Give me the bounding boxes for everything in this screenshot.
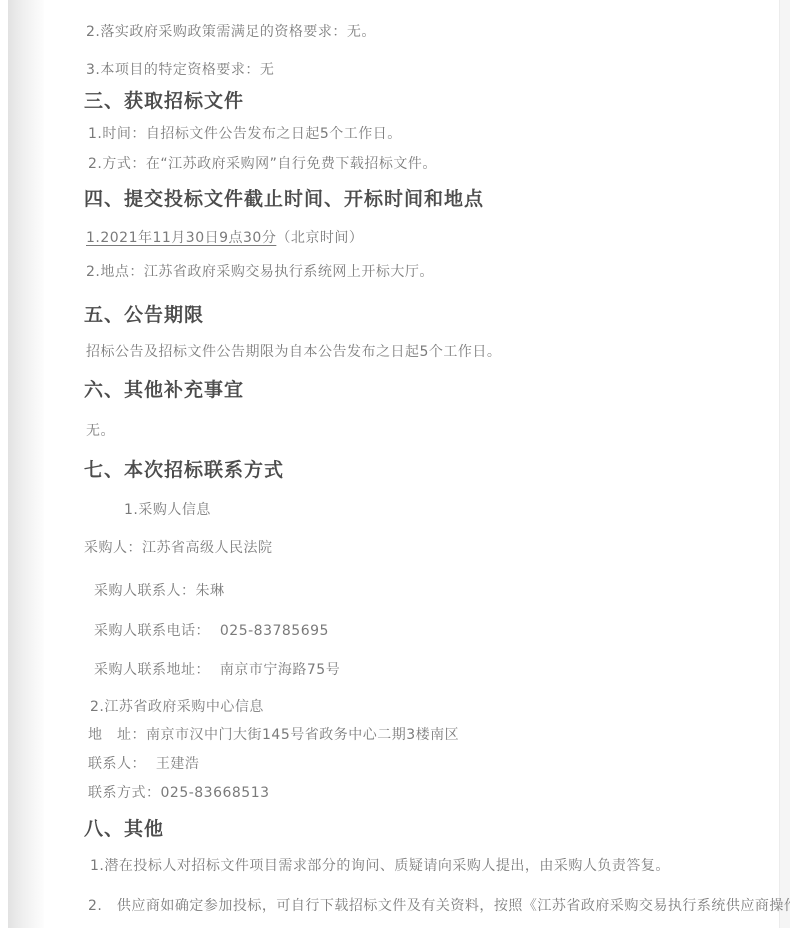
section-6-heading: 六、其他补充事宜	[84, 379, 244, 401]
center-address: 地 址：南京市汉中门大街145号省政务中心二期3楼南区	[88, 727, 459, 744]
obtain-method-item: 2.方式：在“江苏政府采购网”自行免费下载招标文件。	[88, 156, 437, 173]
procurement-center-subheading: 2.江苏省政府采购中心信息	[90, 699, 264, 716]
deadline-item: 1.2021年11月30日9点30分（北京时间）	[86, 230, 363, 247]
page-right-strip	[779, 0, 790, 928]
supplementary-text: 无。	[86, 423, 115, 440]
underlined-date-text: 1.2021年11月30日9点30分	[86, 230, 276, 246]
other-note-2: 2. 供应商如确定参加投标，可自行下载招标文件及有关资料，按照《江苏省政府采购交…	[88, 898, 790, 915]
announcement-period-text: 招标公告及招标文件公告期限为自本公告发布之日起5个工作日。	[86, 344, 501, 361]
purchaser-contact-person: 采购人联系人：朱琳	[94, 583, 225, 600]
other-note-1: 1.潜在投标人对招标文件项目需求部分的询问、质疑请向采购人提出，由采购人负责答复…	[90, 858, 670, 875]
obtain-time-item: 1.时间：自招标文件公告发布之日起5个工作日。	[88, 126, 402, 143]
page-left-shadow	[8, 0, 44, 928]
announcement-document: 2.落实政府采购政策需满足的资格要求：无。3.本项目的特定资格要求：无三、获取招…	[0, 0, 790, 928]
purchaser-contact-address: 采购人联系地址： 南京市宁海路75号	[94, 662, 340, 679]
center-contact-person: 联系人： 王建浩	[88, 756, 199, 773]
qualification-policy-item: 2.落实政府采购政策需满足的资格要求：无。	[86, 24, 376, 41]
section-4-heading: 四、提交投标文件截止时间、开标时间和地点	[84, 188, 484, 210]
center-contact-phone: 联系方式：025-83668513	[88, 785, 270, 802]
date-suffix-text: （北京时间）	[276, 230, 363, 246]
qualification-specific-item: 3.本项目的特定资格要求：无	[86, 62, 274, 79]
open-bid-location-item: 2.地点：江苏省政府采购交易执行系统网上开标大厅。	[86, 264, 434, 281]
purchaser-name: 采购人：江苏省高级人民法院	[84, 540, 273, 557]
section-5-heading: 五、公告期限	[84, 304, 204, 326]
purchaser-info-subheading: 1.采购人信息	[124, 502, 211, 519]
section-8-heading: 八、其他	[84, 818, 164, 840]
section-3-heading: 三、获取招标文件	[84, 90, 244, 112]
section-7-heading: 七、本次招标联系方式	[84, 459, 284, 481]
purchaser-contact-phone: 采购人联系电话： 025-83785695	[94, 623, 329, 640]
